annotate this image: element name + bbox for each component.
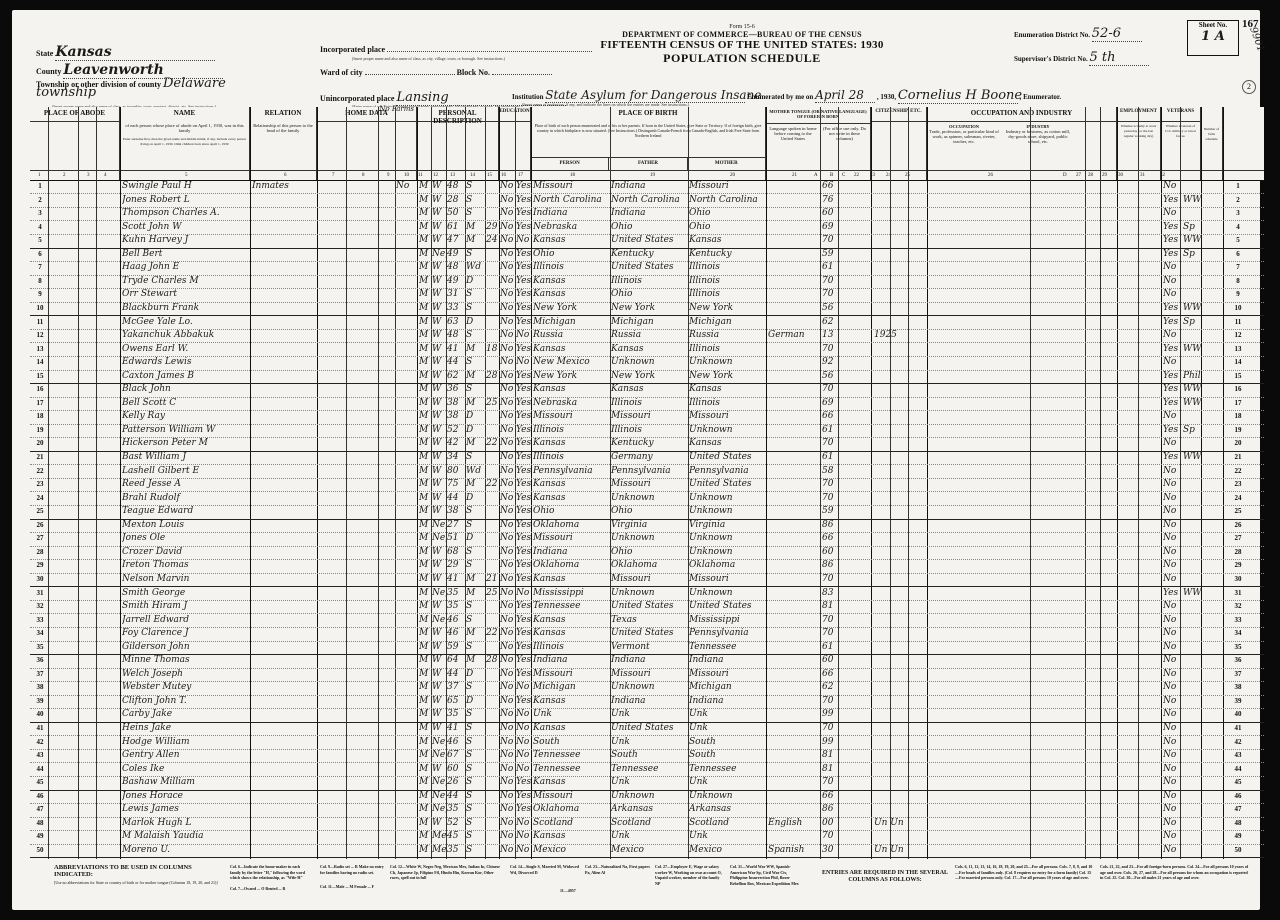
literacy: Yes [516, 397, 531, 410]
enumeration-district: Enumeration District No. 52-6 [1014, 26, 1142, 42]
line-number: 28 [32, 546, 48, 559]
age: 35 [447, 587, 465, 600]
relation [252, 410, 316, 423]
sex: M [419, 343, 431, 356]
person-name: M Malaish Yaudia [122, 830, 250, 843]
marital-status: S [466, 763, 484, 776]
race: Neg [432, 614, 446, 627]
birthplace-mother: Illinois [689, 261, 765, 274]
table-row: 6Bell BertMNeg49SNoYesOhioKentuckyKentuc… [30, 248, 1264, 262]
relation [252, 194, 316, 207]
veteran-status: No [1163, 627, 1183, 640]
birthplace-person: Michigan [533, 316, 609, 329]
school-attendance: No [500, 383, 515, 396]
race: W [432, 600, 446, 613]
age-first-marriage [486, 451, 500, 464]
birthplace-father: South [611, 749, 687, 762]
group-label: MOTHER TONGUE (OR NATIVE LANGUAGE) OF FO… [766, 107, 870, 124]
war-served [1183, 641, 1201, 654]
school-attendance: No [500, 329, 515, 342]
state-country-code: 99 [822, 736, 840, 749]
farm-flag [396, 194, 416, 207]
column-number: 5 [185, 171, 188, 180]
veteran-status: No [1163, 736, 1183, 749]
sex: M [419, 749, 431, 762]
abbreviations-note: [Use no abbreviations for State or count… [54, 880, 224, 886]
line-number-right: 50 [1225, 844, 1251, 857]
school-attendance: No [500, 817, 515, 830]
literacy: No [516, 234, 531, 247]
veteran-status: No [1163, 722, 1183, 735]
immigration-year [874, 397, 914, 410]
immigration-year [874, 221, 914, 234]
relation [252, 329, 316, 342]
age-first-marriage: 18 [486, 343, 500, 356]
marital-status: D [466, 532, 484, 545]
mother-tongue [768, 437, 820, 450]
birthplace-father: Unk [611, 736, 687, 749]
state-country-code: 56 [822, 370, 840, 383]
line-number: 43 [32, 749, 48, 762]
school-attendance: No [500, 505, 515, 518]
relation [252, 478, 316, 491]
immigration-year: 1925 [874, 329, 914, 342]
column-number: 16 [501, 171, 506, 180]
table-row: 23Reed Jesse AMW75M22NoYesKansasMissouri… [30, 478, 1264, 492]
sex: M [419, 248, 431, 261]
farm-flag [396, 830, 416, 843]
birthplace-mother: South [689, 749, 765, 762]
age: 31 [447, 288, 465, 301]
column-number: 26 [988, 171, 993, 180]
state-country-code: 83 [822, 587, 840, 600]
birthplace-person: Kansas [533, 478, 609, 491]
veteran-status: No [1163, 505, 1183, 518]
birthplace-mother: United States [689, 478, 765, 491]
birth-father-label: FATHER [609, 158, 687, 170]
age-first-marriage [486, 790, 500, 803]
birthplace-person: New Mexico [533, 356, 609, 369]
race: W [432, 275, 446, 288]
race: W [432, 559, 446, 572]
age: 44 [447, 356, 465, 369]
immigration-year [874, 736, 914, 749]
birthplace-father: United States [611, 627, 687, 640]
veteran-status: No [1163, 790, 1183, 803]
birthplace-father: Unknown [611, 532, 687, 545]
state-country-code: 66 [822, 668, 840, 681]
race: Neg [432, 587, 446, 600]
school-attendance: No [500, 668, 515, 681]
literacy: Yes [516, 207, 531, 220]
person-name: Brahl Rudolf [122, 492, 250, 505]
marital-status: M [466, 343, 484, 356]
table-row: 31Smith GeorgeMNeg35M25NoNoMississippiUn… [30, 587, 1264, 601]
relation [252, 776, 316, 789]
age-first-marriage [486, 410, 500, 423]
veteran-status: No [1163, 749, 1183, 762]
marital-status: M [466, 234, 484, 247]
sex: M [419, 478, 431, 491]
war-served [1183, 465, 1201, 478]
table-row: 18Kelly RayMW38DNoYesMissouriMissouriMis… [30, 410, 1264, 424]
relation [252, 397, 316, 410]
person-name: Heins Jake [122, 722, 250, 735]
birthplace-father: Ohio [611, 505, 687, 518]
age-first-marriage [486, 736, 500, 749]
race: W [432, 397, 446, 410]
age: 44 [447, 492, 465, 505]
war-served: WW [1183, 383, 1201, 396]
state-country-code: 70 [822, 437, 840, 450]
state-country-code: 99 [822, 708, 840, 721]
person-name: Smith George [122, 587, 250, 600]
age: 46 [447, 627, 465, 640]
birthplace-father: United States [611, 234, 687, 247]
war-served: WW [1183, 194, 1201, 207]
age: 48 [447, 180, 465, 193]
line-number: 33 [32, 614, 48, 627]
relation [252, 383, 316, 396]
mother-tongue [768, 695, 820, 708]
person-name: Crozer David [122, 546, 250, 559]
age: 26 [447, 776, 465, 789]
table-row: 34Foy Clarence JMW46M22NoYesKansasUnited… [30, 627, 1264, 641]
abbr-col7: Col. 7—Owned ... O Rented ... R [230, 886, 310, 892]
veteran-status: No [1163, 465, 1183, 478]
age: 65 [447, 695, 465, 708]
state-country-code: 81 [822, 600, 840, 613]
relation [252, 207, 316, 220]
birthplace-father: Tennessee [611, 763, 687, 776]
age-first-marriage [486, 356, 500, 369]
immigration-year [874, 437, 914, 450]
race: W [432, 763, 446, 776]
birthplace-father: Unknown [611, 681, 687, 694]
race: W [432, 356, 446, 369]
farm-flag [396, 343, 416, 356]
table-row: 41Heins JakeMW41SNoNoKansasUnited States… [30, 722, 1264, 736]
immigration-year [874, 776, 914, 789]
state-country-code: 61 [822, 261, 840, 274]
state-country-code: 60 [822, 654, 840, 667]
line-number-right: 10 [1225, 302, 1251, 315]
age: 35 [447, 708, 465, 721]
birthplace-mother: Michigan [689, 681, 765, 694]
sex: M [419, 681, 431, 694]
person-name: Lewis James [122, 803, 250, 816]
veteran-status: No [1163, 356, 1183, 369]
birthplace-person: Russia [533, 329, 609, 342]
immigration-year [874, 248, 914, 261]
mother-tongue [768, 383, 820, 396]
birthplace-mother: Missouri [689, 573, 765, 586]
birthplace-person: Missouri [533, 410, 609, 423]
state-country-code: 70 [822, 288, 840, 301]
race: W [432, 261, 446, 274]
sex: M [419, 180, 431, 193]
literacy: No [516, 708, 531, 721]
race: W [432, 708, 446, 721]
farm-flag [396, 316, 416, 329]
marital-status: M [466, 478, 484, 491]
person-name: Patterson William W [122, 424, 250, 437]
marital-status: S [466, 600, 484, 613]
immigration-year [874, 654, 914, 667]
state-country-code: 61 [822, 451, 840, 464]
sex: M [419, 505, 431, 518]
farm-flag [396, 329, 416, 342]
farm-flag [396, 465, 416, 478]
birthplace-person: Indiana [533, 654, 609, 667]
line-number: 21 [32, 451, 48, 464]
age-first-marriage [486, 844, 500, 857]
line-number-right: 17 [1225, 397, 1251, 410]
age-first-marriage: 22 [486, 437, 500, 450]
race: W [432, 221, 446, 234]
race: W [432, 478, 446, 491]
birthplace-father: Missouri [611, 573, 687, 586]
person-name: McGee Yale Lo. [122, 316, 250, 329]
state-country-code: 86 [822, 559, 840, 572]
birthplace-father: Scotland [611, 817, 687, 830]
immigration-year [874, 668, 914, 681]
birthplace-person: Pennsylvania [533, 465, 609, 478]
relation [252, 654, 316, 667]
birthplace-person: Ohio [533, 248, 609, 261]
farm-flag [396, 749, 416, 762]
state-country-code: 66 [822, 180, 840, 193]
war-served: Phil [1183, 370, 1201, 383]
age: 67 [447, 749, 465, 762]
mother-tongue [768, 519, 820, 532]
line-number-right: 26 [1225, 519, 1251, 532]
mother-tongue [768, 668, 820, 681]
mother-tongue: German [768, 329, 820, 342]
birthplace-person: Nebraska [533, 221, 609, 234]
race: W [432, 383, 446, 396]
line-number: 40 [32, 708, 48, 721]
column-number: 3 [87, 171, 90, 180]
department-title: DEPARTMENT OF COMMERCE—BUREAU OF THE CEN… [592, 30, 892, 39]
age-first-marriage: 21 [486, 573, 500, 586]
line-number-right: 5 [1225, 234, 1251, 247]
school-attendance: No [500, 180, 515, 193]
person-name: Bast William J [122, 451, 250, 464]
line-number: 16 [32, 383, 48, 396]
birthplace-person: Michigan [533, 681, 609, 694]
sex: M [419, 654, 431, 667]
table-row: 22Lashell Gilbert EMW80WdNoYesPennsylvan… [30, 465, 1264, 479]
race: W [432, 370, 446, 383]
birthplace-person: South [533, 736, 609, 749]
birthplace-mother: Unknown [689, 356, 765, 369]
birthplace-person: Kansas [533, 830, 609, 843]
enumerator-label: , Enumerator. [1020, 93, 1062, 101]
marital-status: S [466, 546, 484, 559]
birthplace-mother: Ohio [689, 207, 765, 220]
birthplace-father: North Carolina [611, 194, 687, 207]
marital-status: M [466, 587, 484, 600]
school-attendance: No [500, 627, 515, 640]
age: 46 [447, 736, 465, 749]
school-attendance: No [500, 546, 515, 559]
immigration-year [874, 207, 914, 220]
mother-tongue [768, 763, 820, 776]
birthplace-father: Ohio [611, 221, 687, 234]
marital-status: M [466, 397, 484, 410]
birthplace-mother: Scotland [689, 817, 765, 830]
state-country-code: 70 [822, 234, 840, 247]
veteran-status: Yes [1163, 234, 1183, 247]
person-name: Swingle Paul H [122, 180, 250, 193]
age-first-marriage [486, 180, 500, 193]
veteran-status: Yes [1163, 383, 1183, 396]
age-first-marriage [486, 194, 500, 207]
literacy: Yes [516, 261, 531, 274]
immigration-year [874, 451, 914, 464]
person-name: Bell Bert [122, 248, 250, 261]
birthplace-person: Missouri [533, 180, 609, 193]
relation [252, 505, 316, 518]
race: W [432, 492, 446, 505]
war-served [1183, 275, 1201, 288]
table-row: 5Kuhn Harvey JMW47M24NoNoKansasUnited St… [30, 234, 1264, 248]
war-served [1183, 790, 1201, 803]
veteran-status: No [1163, 803, 1183, 816]
mother-tongue [768, 343, 820, 356]
line-number: 6 [32, 248, 48, 261]
birthplace-person: Kansas [533, 695, 609, 708]
birthplace-mother: Virginia [689, 519, 765, 532]
line-number: 17 [32, 397, 48, 410]
table-row: 7Haag John EMW48WdNoYesIllinoisUnited St… [30, 261, 1264, 275]
birthplace-father: United States [611, 722, 687, 735]
state-country-code: 61 [822, 424, 840, 437]
farm-flag [396, 668, 416, 681]
sex: M [419, 790, 431, 803]
literacy: Yes [516, 437, 531, 450]
farm-flag [396, 803, 416, 816]
line-number: 18 [32, 410, 48, 423]
marital-status: M [466, 627, 484, 640]
birthplace-mother: Unk [689, 776, 765, 789]
person-name: Reed Jesse A [122, 478, 250, 491]
birthplace-person: Kansas [533, 492, 609, 505]
age: 51 [447, 532, 465, 545]
immigration-year [874, 505, 914, 518]
race: W [432, 654, 446, 667]
age: 80 [447, 465, 465, 478]
race: W [432, 343, 446, 356]
immigration-year [874, 600, 914, 613]
war-served [1183, 654, 1201, 667]
table-row: 29Ireton ThomasMW29SNoYesOklahomaOklahom… [30, 559, 1264, 573]
state-country-code: 66 [822, 410, 840, 423]
line-number: 44 [32, 763, 48, 776]
literacy: Yes [516, 221, 531, 234]
birthplace-mother: Tennessee [689, 763, 765, 776]
abbr-col11: Col. 11—Male ... M Female ... F [320, 884, 385, 890]
birthplace-mother: Illinois [689, 397, 765, 410]
relation [252, 302, 316, 315]
war-served [1183, 600, 1201, 613]
line-number-right: 15 [1225, 370, 1251, 383]
birthplace-mother: Indiana [689, 695, 765, 708]
mother-tongue [768, 532, 820, 545]
war-served: WW [1183, 302, 1201, 315]
age: 63 [447, 316, 465, 329]
sex: M [419, 559, 431, 572]
sex: M [419, 817, 431, 830]
relation [252, 424, 316, 437]
table-row: 42Hodge WilliamMNeg46SNoNoSouthUnkSouth9… [30, 736, 1264, 750]
literacy: Yes [516, 559, 531, 572]
birthplace-father: Unk [611, 776, 687, 789]
column-number: 15 [487, 171, 492, 180]
veteran-status: Yes [1163, 221, 1183, 234]
line-number-right: 1 [1225, 180, 1251, 193]
immigration-year [874, 573, 914, 586]
birthplace-mother: Michigan [689, 316, 765, 329]
person-name: Orr Stewart [122, 288, 250, 301]
mother-tongue [768, 830, 820, 843]
age: 41 [447, 573, 465, 586]
birthplace-father: Missouri [611, 668, 687, 681]
relation [252, 763, 316, 776]
farm-flag [396, 844, 416, 857]
literacy: Yes [516, 614, 531, 627]
state-country-code: 60 [822, 207, 840, 220]
column-number: 1 [38, 171, 41, 180]
immigration-year: Un Un [874, 844, 914, 857]
age-first-marriage: 28 [486, 654, 500, 667]
race: Neg [432, 736, 446, 749]
marital-status: S [466, 519, 484, 532]
age: 75 [447, 478, 465, 491]
sex: M [419, 370, 431, 383]
birthplace-father: United States [611, 261, 687, 274]
immigration-year [874, 559, 914, 572]
column-number: 21 [792, 171, 797, 180]
veteran-status: No [1163, 844, 1183, 857]
birthplace-mother: Missouri [689, 180, 765, 193]
sex: M [419, 600, 431, 613]
line-number: 3 [32, 207, 48, 220]
marital-status: S [466, 790, 484, 803]
literacy: Yes [516, 343, 531, 356]
school-attendance: No [500, 681, 515, 694]
war-served [1183, 695, 1201, 708]
sex: M [419, 614, 431, 627]
sex: M [419, 532, 431, 545]
birthplace-father: Indiana [611, 180, 687, 193]
state-country-code: 60 [822, 546, 840, 559]
line-number-right: 21 [1225, 451, 1251, 464]
birthplace-father: Unk [611, 708, 687, 721]
war-served [1183, 830, 1201, 843]
table-row: 43Gentry AllenMNeg67SNoNoTennesseeSouthS… [30, 749, 1264, 763]
school-attendance: No [500, 803, 515, 816]
table-row: 37Welch JosephMW44DNoYesMissouriMissouri… [30, 668, 1264, 682]
line-number: 48 [32, 817, 48, 830]
birthplace-person: Kansas [533, 288, 609, 301]
relation [252, 465, 316, 478]
birthplace-mother: Unknown [689, 424, 765, 437]
birthplace-father: Russia [611, 329, 687, 342]
immigration-year [874, 234, 914, 247]
line-number: 34 [32, 627, 48, 640]
